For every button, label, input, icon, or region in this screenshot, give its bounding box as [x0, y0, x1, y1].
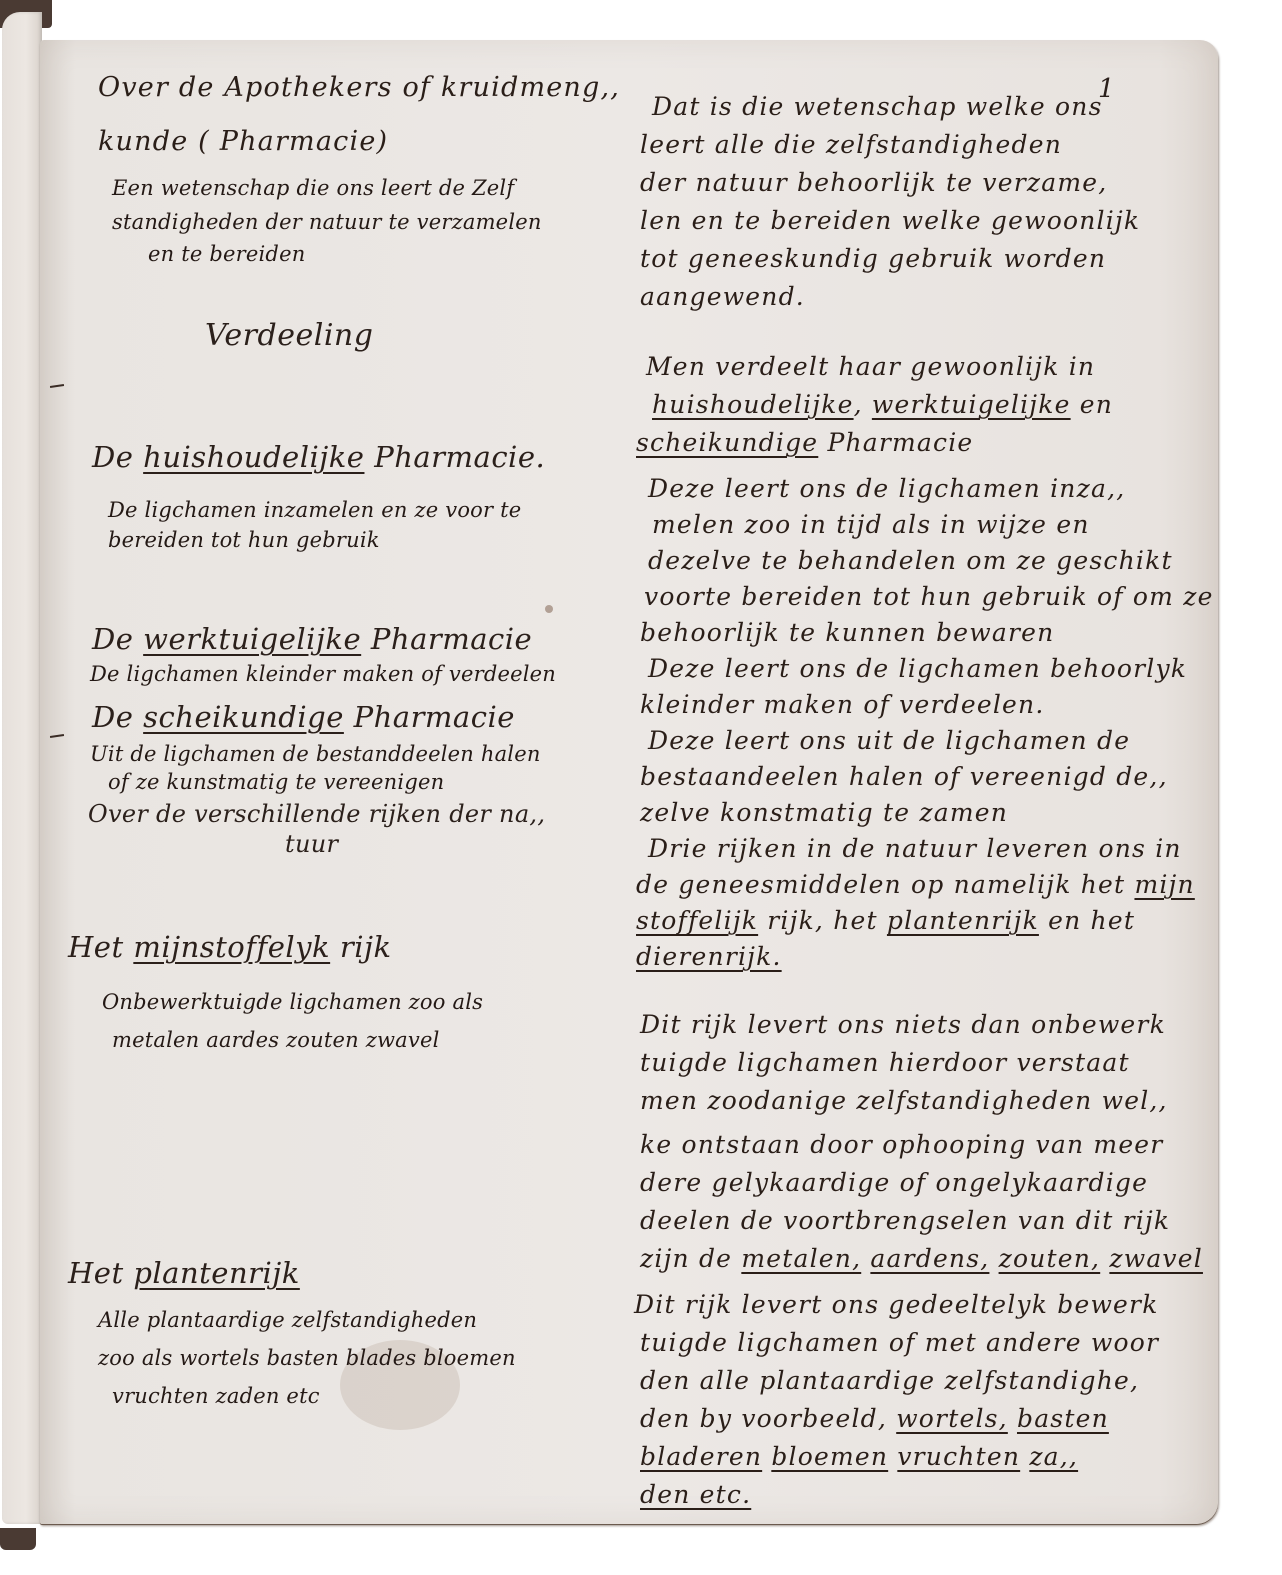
scheikundige-heading: De scheikundige Pharmacie: [92, 700, 515, 734]
heading-word: De: [92, 700, 133, 734]
planten-desc-line: Dit rijk levert ons gedeeltelyk bewerk: [634, 1290, 1159, 1319]
mijn-desc-line: Dit rijk levert ons niets dan onbewerk: [640, 1010, 1166, 1039]
word: den by voorbeeld,: [640, 1404, 887, 1433]
plantenrijk-line: Alle plantaardige zelfstandigheden: [98, 1308, 477, 1332]
title-line-2: kunde ( Pharmacie): [98, 126, 388, 157]
previous-page-edge: [2, 12, 42, 1524]
underlined-word: basten: [1017, 1404, 1109, 1433]
underlined-word: bloemen: [771, 1442, 888, 1471]
heading-word: De: [92, 440, 133, 474]
intro-line: Een wetenschap die ons leert de Zelf: [112, 176, 514, 200]
plantenrijk-line: zoo als wortels basten blades bloemen: [98, 1346, 516, 1370]
underlined-word: huishoudelijke: [652, 390, 854, 419]
underlined-word: mijn: [1134, 870, 1194, 899]
book-cover-bottom: [0, 1528, 36, 1550]
heading-underlined-word: huishoudelijke: [143, 440, 364, 474]
word: Pharmacie: [827, 428, 973, 457]
huishoudelijke-desc-line: Deze leert ons de ligchamen inza,,: [648, 474, 1125, 503]
rijken-line: tuur: [285, 830, 338, 858]
definition-line: tot geneeskundig gebruik worden: [640, 244, 1106, 273]
scheikundige-line: Uit de ligchamen de bestanddeelen halen: [90, 742, 541, 766]
heading-underlined-word: plantenrijk: [133, 1256, 300, 1290]
definition-line: leert alle die zelfstandigheden: [640, 130, 1062, 159]
definition-line: len en te bereiden welke gewoonlijk: [640, 206, 1140, 235]
heading-word: Het: [68, 1256, 124, 1290]
intro-line: standigheden der natuur te verzamelen: [112, 210, 542, 234]
word: en: [1080, 390, 1113, 419]
rijken-desc-line: Drie rijken in de natuur leveren ons in: [648, 834, 1182, 863]
planten-desc-line: tuigde ligchamen of met andere woor: [640, 1328, 1159, 1357]
underlined-word: wortels,: [896, 1404, 1008, 1433]
underlined-word: zouten,: [999, 1244, 1101, 1273]
heading-word: Pharmacie: [371, 622, 532, 656]
scheikundige-desc-line: Deze leert ons uit de ligchamen de: [648, 726, 1130, 755]
heading-word: rijk: [340, 930, 392, 964]
underlined-word: stoffelijk: [636, 906, 758, 935]
definition-line: aangewend.: [640, 282, 805, 311]
huishoudelijke-desc-line: voorte bereiden tot hun gebruik of om ze: [644, 582, 1214, 611]
division-line: scheikundige Pharmacie: [636, 428, 973, 457]
word: en het: [1048, 906, 1135, 935]
mijn-desc-line: tuigde ligchamen hierdoor verstaat: [640, 1048, 1130, 1077]
scheikundige-line: of ze kunstmatig te vereenigen: [108, 770, 444, 794]
underlined-word: za,,: [1029, 1442, 1078, 1471]
scheikundige-desc-line: bestaandeelen halen of vereenigd de,,: [640, 762, 1168, 791]
mijnstoffelyk-line: Onbewerktuigde ligchamen zoo als: [102, 990, 483, 1014]
rijken-desc-line: stoffelijk rijk, het plantenrijk en het: [636, 906, 1135, 935]
planten-desc-line: den etc.: [640, 1480, 751, 1509]
word: rijk, het: [767, 906, 877, 935]
underlined-word: vruchten: [897, 1442, 1020, 1471]
heading-word: De: [92, 622, 133, 656]
underlined-word: dierenrijk.: [636, 942, 782, 971]
word: zijn de: [640, 1244, 732, 1273]
ink-spot: [545, 605, 553, 613]
intro-line: en te bereiden: [148, 242, 305, 266]
planten-desc-line: bladeren bloemen vruchten za,,: [640, 1442, 1078, 1471]
mijn-desc-line: ke ontstaan door ophooping van meer: [640, 1130, 1163, 1159]
underlined-word: bladeren: [640, 1442, 762, 1471]
planten-desc-line: den alle plantaardige zelfstandighe,: [640, 1366, 1139, 1395]
rijken-line: Over de verschillende rijken der na,,: [88, 800, 545, 828]
mijn-products-line: zijn de metalen, aardens, zouten, zwavel: [640, 1244, 1203, 1273]
huishoudelijke-desc-line: melen zoo in tijd als in wijze en: [652, 510, 1090, 539]
werktuigelijke-heading: De werktuigelijke Pharmacie: [92, 622, 532, 656]
underlined-word: zwavel: [1109, 1244, 1203, 1273]
heading-word: Pharmacie.: [374, 440, 545, 474]
mijn-desc-line: dere gelykaardige of ongelykaardige: [640, 1168, 1148, 1197]
underlined-word: aardens,: [870, 1244, 989, 1273]
underlined-word: plantenrijk: [887, 906, 1039, 935]
mijn-desc-line: men zoodanige zelfstandigheden wel,,: [640, 1086, 1168, 1115]
definition-line: der natuur behoorlijk te verzame,: [640, 168, 1107, 197]
huishoudelijke-desc-line: behoorlijk te kunnen bewaren: [640, 618, 1054, 647]
rijken-desc-line: de geneesmiddelen op namelijk het mijn: [636, 870, 1195, 899]
werktuigelijke-desc-line: kleinder maken of verdeelen.: [640, 690, 1045, 719]
heading-word: Pharmacie: [354, 700, 515, 734]
heading-underlined-word: scheikundige: [143, 700, 344, 734]
verdeeling-heading: Verdeeling: [205, 318, 373, 353]
huishoudelijke-heading: De huishoudelijke Pharmacie.: [92, 440, 545, 474]
definition-line: Dat is die wetenschap welke ons: [652, 92, 1103, 121]
rijken-desc-line: dierenrijk.: [636, 942, 782, 971]
werktuigelijke-line: De ligchamen kleinder maken of verdeelen: [90, 662, 556, 686]
heading-underlined-word: mijnstoffelyk: [133, 930, 330, 964]
huishoudelijke-line: bereiden tot hun gebruik: [108, 528, 380, 552]
planten-desc-line: den by voorbeeld, wortels, basten: [640, 1404, 1109, 1433]
huishoudelijke-line: De ligchamen inzamelen en ze voor te: [108, 498, 521, 522]
word: de geneesmiddelen op namelijk het: [636, 870, 1125, 899]
division-line: huishoudelijke, werktuigelijke en: [652, 390, 1113, 419]
underlined-word: den etc.: [640, 1480, 751, 1509]
plantenrijk-heading: Het plantenrijk: [68, 1256, 300, 1290]
underlined-word: werktuigelijke: [872, 390, 1071, 419]
mijn-desc-line: deelen de voortbrengselen van dit rijk: [640, 1206, 1170, 1235]
heading-word: Het: [68, 930, 124, 964]
scheikundige-desc-line: zelve konstmatig te zamen: [640, 798, 1008, 827]
heading-underlined-word: werktuigelijke: [143, 622, 361, 656]
title-line-1: Over de Apothekers of kruidmeng,,: [98, 72, 620, 103]
plantenrijk-line: vruchten zaden etc: [112, 1384, 320, 1408]
mijnstoffelyk-line: metalen aardes zouten zwavel: [112, 1028, 440, 1052]
mijnstoffelyk-heading: Het mijnstoffelyk rijk: [68, 930, 392, 964]
underlined-word: metalen,: [741, 1244, 861, 1273]
werktuigelijke-desc-line: Deze leert ons de ligchamen behoorlyk: [648, 654, 1187, 683]
underlined-word: scheikundige: [636, 428, 818, 457]
division-line: Men verdeelt haar gewoonlijk in: [646, 352, 1095, 381]
huishoudelijke-desc-line: dezelve te behandelen om ze geschikt: [648, 546, 1173, 575]
